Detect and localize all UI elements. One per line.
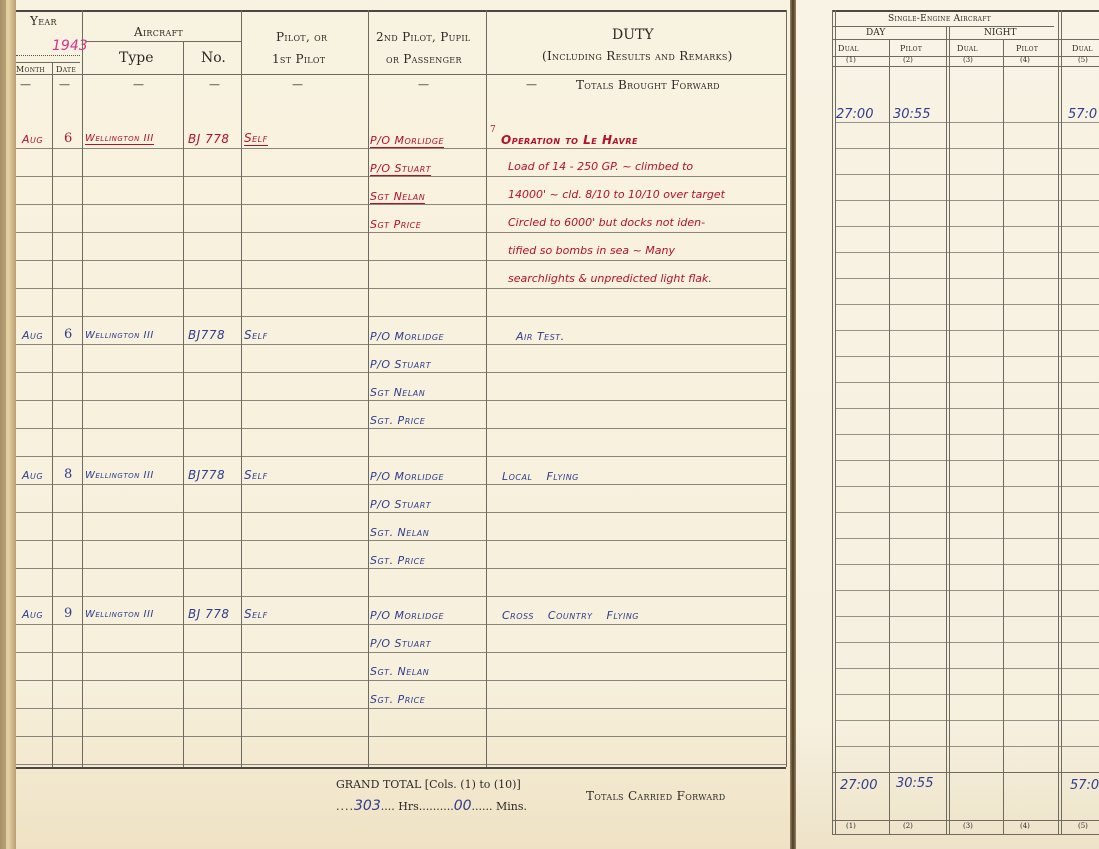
type-header: Type <box>119 50 154 66</box>
log-page-right: Single-Engine Aircraft DAY NIGHT Dual Pi… <box>796 0 1099 849</box>
ruled-line <box>16 708 786 709</box>
entry-crew-member: P/O Morlidge <box>370 470 444 483</box>
ruled-line <box>835 330 1099 331</box>
ruled-line <box>835 252 1099 253</box>
entry-crew-member: Sgt. Price <box>370 693 425 706</box>
grand-total-label: GRAND TOTAL [Cols. (1) to (10)] <box>336 778 521 791</box>
entry-aircraft-no: BJ 778 <box>188 132 230 146</box>
ruled-line <box>835 226 1099 227</box>
ruled-line <box>835 512 1099 513</box>
ruled-line <box>16 540 786 541</box>
second-pilot-header-2: or Passenger <box>386 52 462 66</box>
log-page-left: Year 1943 Month Date Aircraft Type No. P… <box>16 0 792 849</box>
year-dotted-line <box>16 55 80 56</box>
ruled-line <box>835 278 1099 279</box>
ruled-line <box>16 736 786 737</box>
entry-duty-line: Circled to 6000' but docks not iden- <box>508 216 705 229</box>
entry-duty-line: Operation to Le Havre <box>501 133 638 147</box>
dash-month: — <box>20 78 31 91</box>
ruled-line <box>16 680 786 681</box>
ruled-line <box>16 316 786 317</box>
ruled-line <box>835 356 1099 357</box>
carried-forward-col-5: 57:0 <box>1070 778 1099 793</box>
ruled-line <box>16 148 786 149</box>
entry-aircraft-no: BJ778 <box>188 328 225 342</box>
day-header: DAY <box>866 28 885 38</box>
grand-total-hours-mins: ....303.... Hrs..........00...... Mins. <box>336 798 527 814</box>
ruled-line <box>835 408 1099 409</box>
month-date-divider <box>16 62 80 63</box>
entry-pilot: Self <box>244 468 268 482</box>
entry-crew-member: P/O Stuart <box>370 637 431 650</box>
ruled-line <box>835 174 1099 175</box>
entry-aircraft-type: Wellington III <box>85 330 154 341</box>
entry-date: 6 <box>64 131 72 146</box>
ruled-line <box>835 122 1099 123</box>
dash-duty: — <box>526 78 537 91</box>
entry-crew-member: P/O Morlidge <box>370 609 444 622</box>
totals-brought-forward: Totals Brought Forward <box>576 78 720 92</box>
entry-duty-line: Air Test. <box>516 330 565 343</box>
ruled-line <box>16 204 786 205</box>
dash-no: — <box>209 78 220 91</box>
entry-aircraft-no: BJ778 <box>188 468 225 482</box>
col-5-num: (5) <box>1078 56 1088 64</box>
ruled-line <box>835 538 1099 539</box>
hours-label: Hrs <box>398 800 419 813</box>
ruled-line <box>835 668 1099 669</box>
right-col-line <box>1058 10 1059 835</box>
col-5-label: Dual <box>1072 44 1093 53</box>
entry-aircraft-no: BJ 778 <box>188 607 230 621</box>
brought-forward-col-2: 30:55 <box>893 107 930 122</box>
duty-header: DUTY <box>612 27 654 43</box>
pilot-header-1: Pilot, or <box>276 30 327 44</box>
entry-month: Aug <box>22 469 43 482</box>
dash-type: — <box>133 78 144 91</box>
entry-duty-line: searchlights & unpredicted light flak. <box>508 272 712 285</box>
entry-date: 6 <box>64 327 72 342</box>
dash-second-pilot: — <box>418 78 429 91</box>
ruled-line <box>835 460 1099 461</box>
bottom-col-4-num: (4) <box>1020 822 1030 830</box>
right-col-line <box>835 10 836 835</box>
entry-crew-member: P/O Stuart <box>370 498 431 511</box>
entry-crew-member: Sgt Price <box>370 218 421 231</box>
col-line-type <box>183 41 184 767</box>
ruled-line <box>16 624 786 625</box>
carried-forward-col-2: 30:55 <box>896 776 933 791</box>
ruled-line <box>835 200 1099 201</box>
ruled-line <box>16 596 786 597</box>
entry-pilot: Self <box>244 607 268 621</box>
ruled-line <box>835 746 1099 747</box>
ruled-line <box>16 232 786 233</box>
ruled-line <box>16 764 786 765</box>
col-4-num: (4) <box>1020 56 1030 64</box>
entry-crew-member: Sgt. Nelan <box>370 526 429 539</box>
dash-date: — <box>59 78 70 91</box>
brought-forward-col-1: 27:00 <box>836 107 873 122</box>
col-line-date <box>82 10 83 767</box>
no-header: No. <box>201 50 226 66</box>
bottom-col-5-num: (5) <box>1078 822 1088 830</box>
ruled-line <box>16 512 786 513</box>
ruled-line <box>835 304 1099 305</box>
col-line-month <box>52 62 53 767</box>
aircraft-divider <box>86 41 241 42</box>
brought-forward-col-5: 57:0 <box>1068 107 1097 122</box>
ruled-line <box>16 428 786 429</box>
entry-month: Aug <box>22 329 43 342</box>
ruled-line <box>16 344 786 345</box>
col-line-right-edge <box>786 10 787 767</box>
ruled-line <box>16 372 786 373</box>
entry-month: Aug <box>22 608 43 621</box>
dash-pilot: — <box>292 78 303 91</box>
duty-subheader: (Including Results and Remarks) <box>542 49 733 63</box>
ruled-line <box>16 260 786 261</box>
entry-date: 8 <box>64 467 72 482</box>
entry-crew-member: Sgt. Price <box>370 554 425 567</box>
ruled-line <box>835 148 1099 149</box>
second-pilot-header-1: 2nd Pilot, Pupil <box>376 30 470 44</box>
col-line-second-pilot <box>486 10 487 767</box>
entry-duty-line: 14000' ~ cld. 8/10 to 10/10 over target <box>508 188 725 201</box>
right-col-line <box>1003 39 1004 835</box>
single-engine-divider <box>832 26 1054 27</box>
entry-crew-member: P/O Morlidge <box>370 330 444 343</box>
carried-forward-col-1: 27:00 <box>840 778 877 793</box>
ruled-line <box>16 288 786 289</box>
night-header: NIGHT <box>984 28 1016 38</box>
bottom-col-3-num: (3) <box>963 822 973 830</box>
right-col-line <box>1061 10 1062 835</box>
top-border <box>16 10 786 12</box>
right-col-line <box>889 39 890 835</box>
entry-pilot: Self <box>244 131 268 146</box>
entry-crew-member: Sgt Nelan <box>370 190 425 204</box>
ruled-line <box>16 400 786 401</box>
grand-total-mins: 00 <box>454 798 472 814</box>
bottom-num-divider <box>832 820 1099 821</box>
col-1-label: Dual <box>838 44 859 53</box>
col-line-no <box>241 10 242 767</box>
ruled-line <box>835 720 1099 721</box>
entry-aircraft-type: Wellington III <box>85 470 154 481</box>
ruled-line <box>835 434 1099 435</box>
entry-crew-member: Sgt. Nelan <box>370 665 429 678</box>
entry-duty-line: Load of 14 - 250 GP. ~ climbed to <box>508 160 693 173</box>
col-3-num: (3) <box>963 56 973 64</box>
book-binding <box>0 0 16 849</box>
entry-crew-member: P/O Morlidge <box>370 134 444 148</box>
right-bottom-border <box>832 834 1099 835</box>
entry-crew-member: Sgt Nelan <box>370 386 425 399</box>
entry-duty-line: Local Flying <box>502 470 579 483</box>
entry-duty-line: tified so bombs in sea ~ Many <box>508 244 675 257</box>
header-bottom-line <box>16 74 786 75</box>
table-bottom-border <box>16 767 786 769</box>
month-header: Month <box>16 65 45 74</box>
col-line-pilot <box>368 10 369 767</box>
ruled-line <box>16 568 786 569</box>
ruled-line <box>835 590 1099 591</box>
entry-date: 9 <box>64 606 72 621</box>
ruled-line <box>835 382 1099 383</box>
bottom-col-2-num: (2) <box>903 822 913 830</box>
operation-number: 7 <box>490 125 496 135</box>
ruled-line <box>16 456 786 457</box>
entry-pilot: Self <box>244 328 268 342</box>
col-3-label: Dual <box>957 44 978 53</box>
date-header: Date <box>56 65 76 74</box>
mins-label: Mins. <box>496 800 527 813</box>
entry-aircraft-type: Wellington III <box>85 609 154 620</box>
ruled-line <box>835 642 1099 643</box>
right-col-line <box>832 10 833 835</box>
col-2-label: Pilot <box>900 44 922 53</box>
entry-crew-member: Sgt. Price <box>370 414 425 427</box>
col-4-label: Pilot <box>1016 44 1038 53</box>
entry-month: Aug <box>22 133 43 146</box>
ruled-line <box>16 176 786 177</box>
single-engine-header: Single-Engine Aircraft <box>888 14 991 24</box>
entry-crew-member: P/O Stuart <box>370 358 431 371</box>
grand-total-hours: 303 <box>354 798 381 814</box>
ruled-line <box>835 564 1099 565</box>
ruled-line <box>835 694 1099 695</box>
entry-aircraft-type: Wellington III <box>85 133 154 145</box>
ruled-line <box>16 652 786 653</box>
bottom-col-1-num: (1) <box>846 822 856 830</box>
entry-crew-member: P/O Stuart <box>370 162 431 176</box>
col-2-num: (2) <box>903 56 913 64</box>
totals-carried-forward: Totals Carried Forward <box>586 789 725 803</box>
ruled-line <box>16 484 786 485</box>
col-1-num: (1) <box>846 56 856 64</box>
entry-duty-line: Cross Country Flying <box>502 609 639 622</box>
carried-forward-top-line <box>832 772 1099 773</box>
pilot-header-2: 1st Pilot <box>272 52 325 66</box>
aircraft-header: Aircraft <box>134 25 183 39</box>
ruled-line <box>835 486 1099 487</box>
ruled-line <box>835 616 1099 617</box>
year-header: Year <box>30 14 57 28</box>
